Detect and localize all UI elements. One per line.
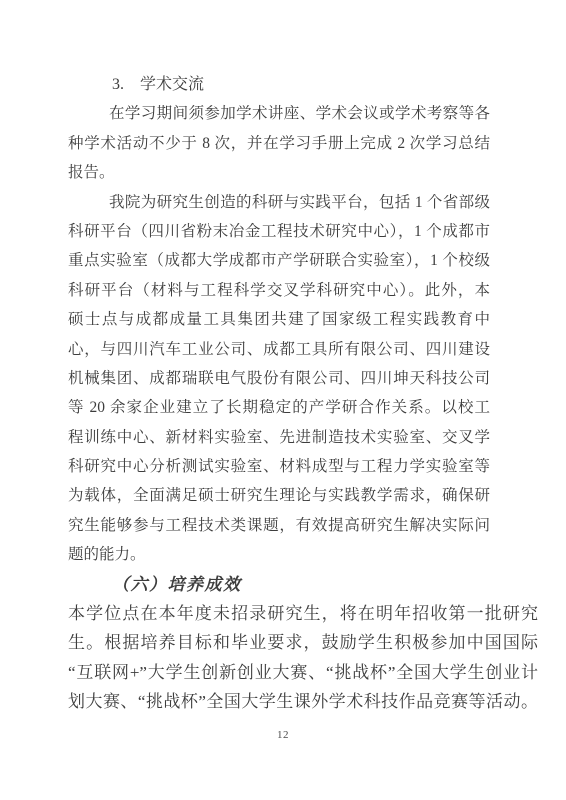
body-text-line: 生。根据培养目标和毕业要求，鼓励学生积极参加中国国际 bbox=[68, 628, 538, 657]
document-page: 3. 学术交流 在学习期间须参加学术讲座、学术会议或学术考察等各 种学术活动不少… bbox=[0, 0, 566, 800]
body-text-line: 科研平台（四川省粉末冶金工程技术研究中心），1 个成都市 bbox=[68, 217, 490, 246]
body-text-line: 程训练中心、新材料实验室、先进制造技术实验室、交叉学 bbox=[68, 423, 490, 452]
body-text-line: 我院为研究生创造的科研与实践平台，包括 1 个省部级 bbox=[68, 188, 490, 217]
body-text-line: 重点实验室（成都大学成都市产学研联合实验室），1 个校级 bbox=[68, 246, 490, 275]
body-text-line: 心，与四川汽车工业公司、成都工具所有限公司、四川建设 bbox=[68, 335, 490, 364]
body-text-line: 在学习期间须参加学术讲座、学术会议或学术考察等各 bbox=[68, 99, 490, 128]
body-text-line: “互联网+”大学生创新创业大赛、“挑战杯”全国大学生创业计 bbox=[68, 658, 538, 687]
body-text-line: 硕士点与成都成量工具集团共建了国家级工程实践教育中 bbox=[68, 305, 490, 334]
page-number: 12 bbox=[0, 729, 566, 741]
body-text-line: 为载体，全面满足硕士研究生理论与实践教学需求，确保研 bbox=[68, 481, 490, 510]
subsection-heading-training-results: （六）培养成效 bbox=[68, 570, 490, 599]
body-text-line: 划大赛、“挑战杯”全国大学生课外学术科技作品竞赛等活动。 bbox=[68, 687, 538, 716]
body-text-line: 科研究中心分析测试实验室、材料成型与工程力学实验室等 bbox=[68, 452, 490, 481]
body-text-line: 报告。 bbox=[68, 158, 490, 187]
body-text-line: 机械集团、成都瑞联电气股份有限公司、四川坤天科技公司 bbox=[68, 364, 490, 393]
body-text-line: 本学位点在本年度未招录研究生，将在明年招收第一批研究 bbox=[68, 599, 538, 628]
body-text-line: 究生能够参与工程技术类课题，有效提高研究生解决实际问 bbox=[68, 511, 490, 540]
body-text-line: 科研平台（材料与工程科学交叉学科研究中心）。此外，本 bbox=[68, 276, 490, 305]
document-body-section-2: 本学位点在本年度未招录研究生，将在明年招收第一批研究 生。根据培养目标和毕业要求… bbox=[68, 599, 538, 717]
document-body-section-1: 3. 学术交流 在学习期间须参加学术讲座、学术会议或学术考察等各 种学术活动不少… bbox=[68, 70, 490, 599]
body-text-line: 题的能力。 bbox=[68, 540, 490, 569]
body-text-line: 种学术活动不少于 8 次，并在学习手册上完成 2 次学习总结 bbox=[68, 129, 490, 158]
body-text-line: 等 20 余家企业建立了长期稳定的产学研合作关系。以校工 bbox=[68, 393, 490, 422]
section-heading-academic-exchange: 3. 学术交流 bbox=[68, 70, 490, 99]
